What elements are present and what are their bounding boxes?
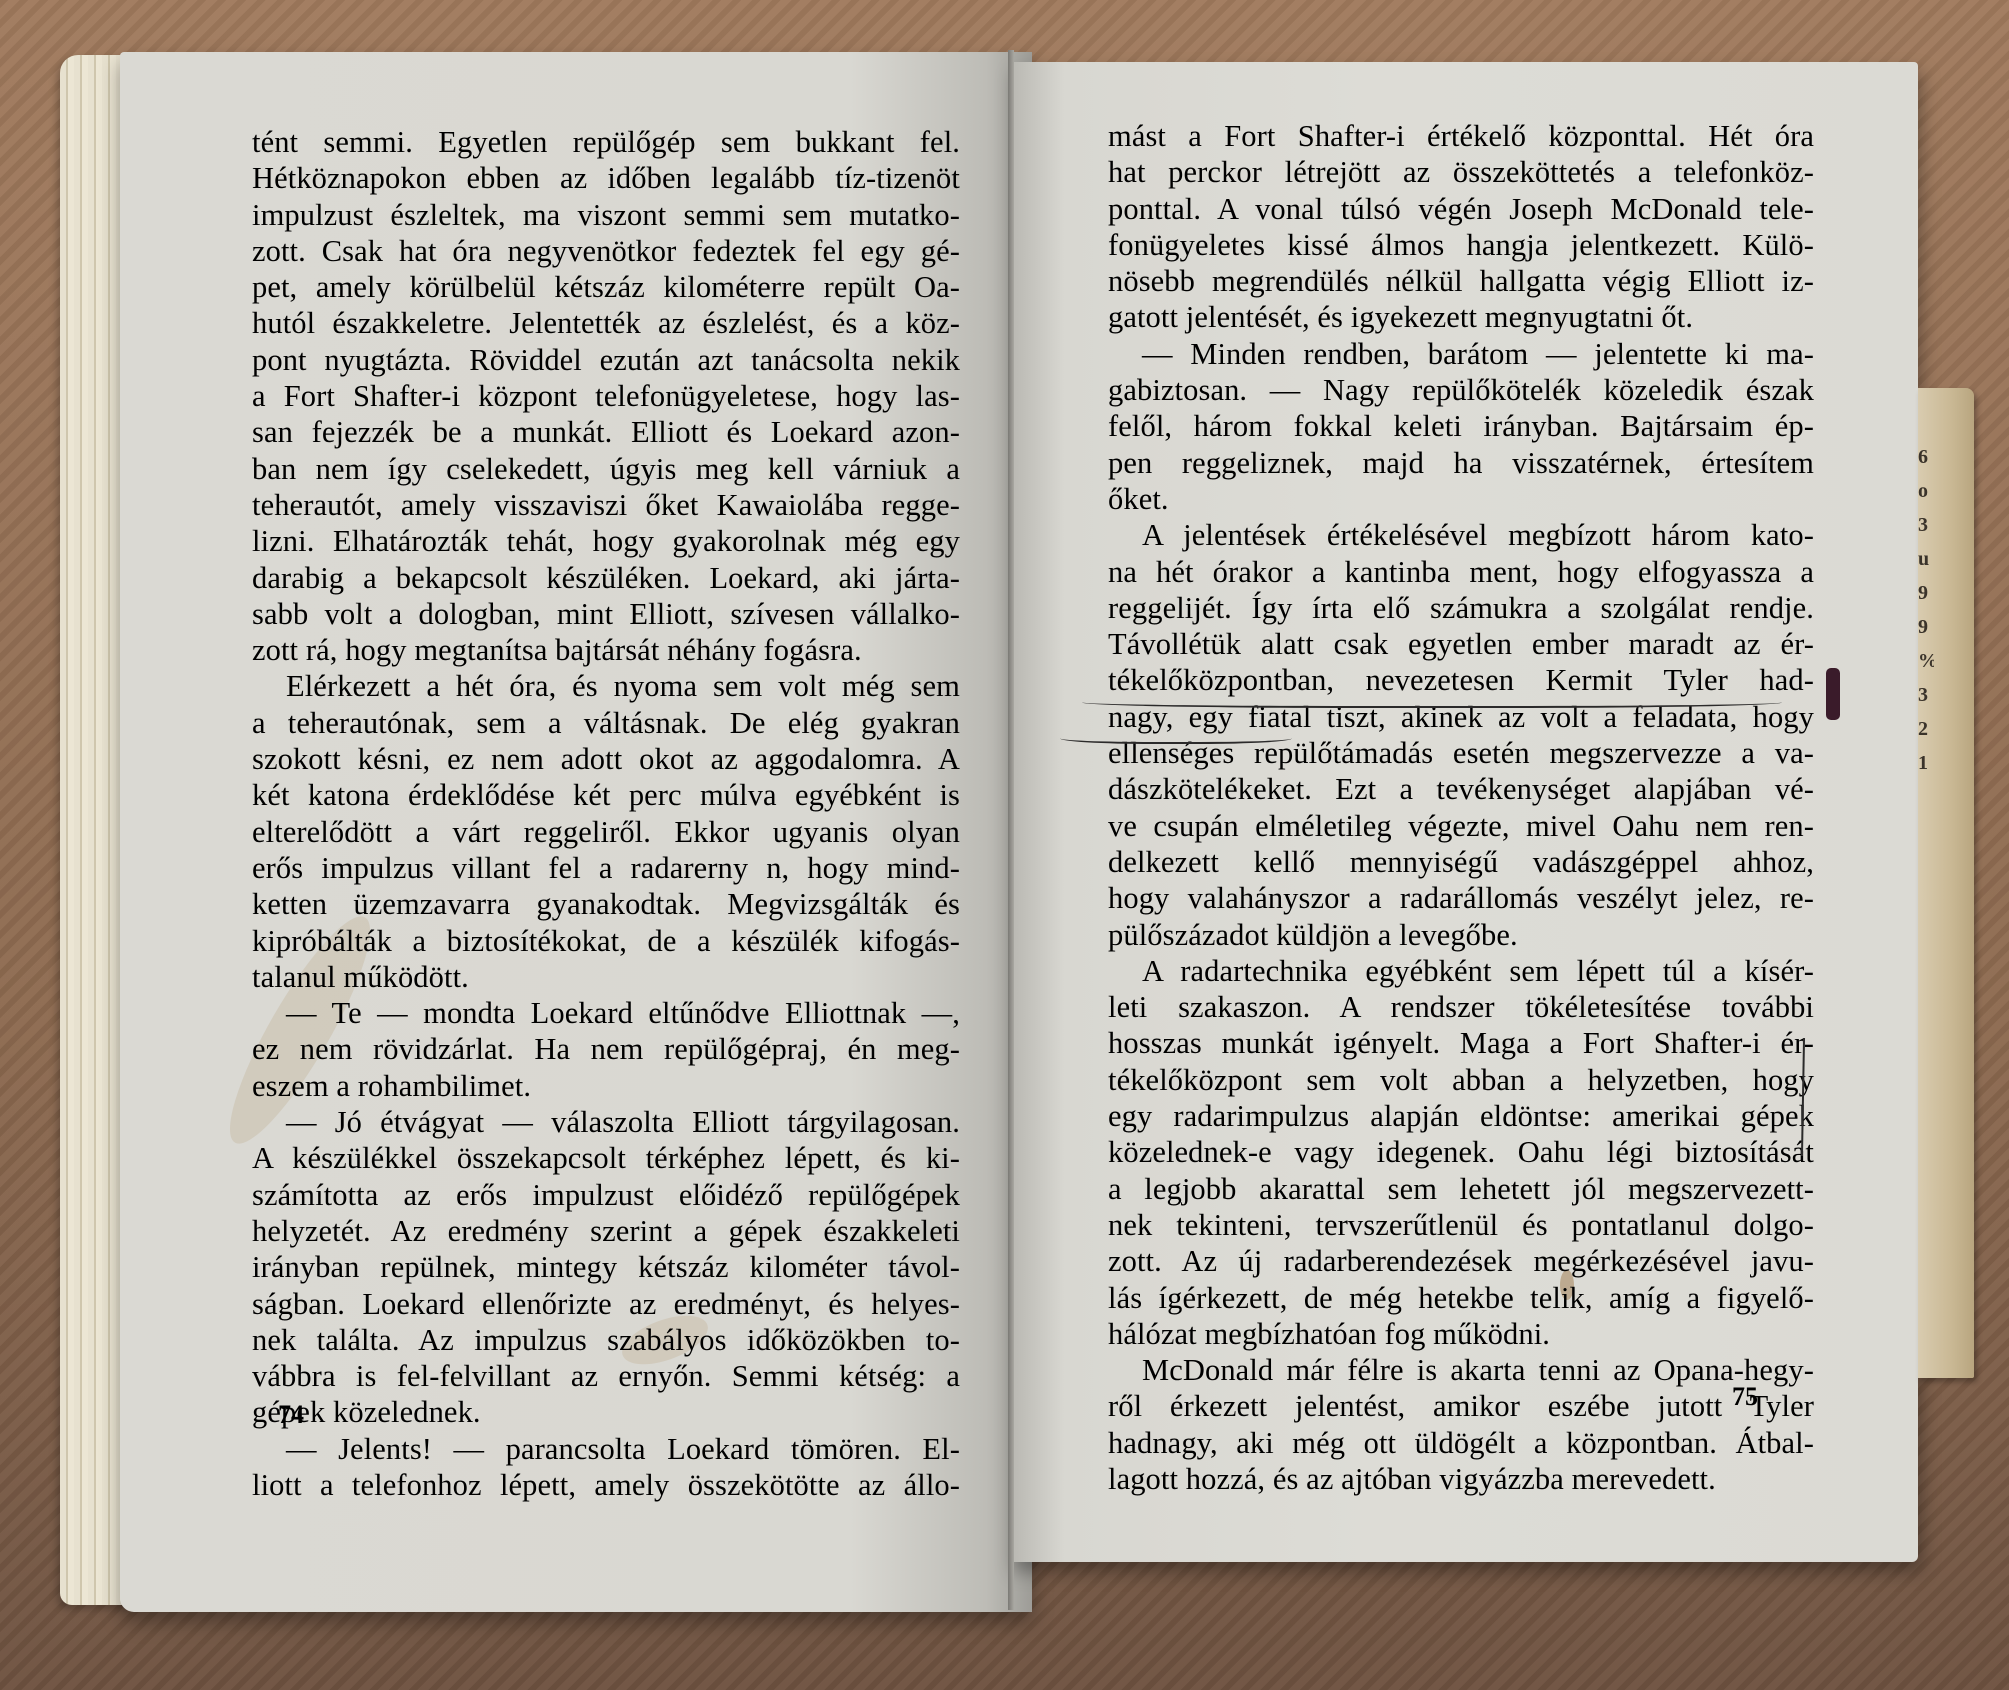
text-line: gépek közelednek. [252,1394,960,1430]
text-line: — Te — mondta Loekard eltűnődve Elliottn… [252,995,960,1031]
text-line: dászkötelékeket. Ezt a tevékenységet ala… [1108,771,1814,807]
text-line: nek tekinteni, tervszerűtlenül és pontat… [1108,1207,1814,1243]
text-line: zott rá, hogy megtanítsa bajtársát néhán… [252,632,960,668]
text-line: zott. Csak hat óra negyvenötkor fedeztek… [252,233,960,269]
text-line: Távollétük alatt csak egyetlen ember mar… [1108,626,1814,662]
text-line: pont nyugtázta. Röviddel ezután azt taná… [252,342,960,378]
right-page-text: mást a Fort Shafter-i értékelő központta… [1108,118,1814,1497]
text-line: gabiztosan. — Nagy repülőkötelék közeled… [1108,372,1814,408]
text-line: pülőszázadot küldjön a levegőbe. [1108,917,1814,953]
insert-letter: 1 [1918,746,1934,780]
text-line: közelednek-e vagy idegenek. Oahu légi bi… [1108,1134,1814,1170]
underline-annotation [1060,730,1292,744]
text-line: lás ígérkezett, de még hetekbe telik, am… [1108,1280,1814,1316]
underline-annotation [1082,694,1782,708]
text-line: számította az erős impulzust előidéző re… [252,1177,960,1213]
text-line: reggelijét. Így írta elő számukra a szol… [1108,590,1814,626]
text-line: A jelentések értékelésével megbízott hár… [1108,517,1814,553]
text-line: a teherautónak, sem a váltásnak. De elég… [252,705,960,741]
text-line: eszem a rohambilimet. [252,1068,960,1104]
insert-letter: 9 [1918,610,1934,644]
text-line: elterelődött a várt reggeliről. Ekkor ug… [252,814,960,850]
text-line: szokott késni, ez nem adott okot az aggo… [252,741,960,777]
text-line: — Jelents! — parancsolta Loekard tömören… [252,1431,960,1467]
text-line: sabb volt a dologban, mint Elliott, szív… [252,596,960,632]
text-line: egy radarimpulzus alapján eldöntse: amer… [1108,1098,1814,1134]
text-line: ban nem így cselekedett, úgyis meg kell … [252,451,960,487]
insert-letter: 9 [1918,576,1934,610]
text-line: impulzust észleltek, ma viszont semmi se… [252,197,960,233]
text-line: pet, amely körülbelül kétszáz kilométerr… [252,269,960,305]
left-page-text: tént semmi. Egyetlen repülőgép sem bukka… [252,124,960,1503]
insert-letter: o [1918,474,1934,508]
insert-letter: u [1918,542,1934,576]
text-line: ponttal. A vonal túlsó végén Joseph McDo… [1108,191,1814,227]
text-line: talanul működött. [252,959,960,995]
text-line: Hétköznapokon ebben az időben legalább t… [252,160,960,196]
text-line: lagott hozzá, és az ajtóban vigyázzba me… [1108,1461,1814,1497]
text-line: vábbra is fel-felvillant az ernyőn. Semm… [252,1358,960,1394]
insert-strip-text: 6o3u99%321 [1918,440,1934,780]
page-number-left: 74 [278,1400,304,1430]
text-line: A radartechnika egyébként sem lépett túl… [1108,953,1814,989]
text-line: hogy valahányszor a radarállomás veszély… [1108,880,1814,916]
text-line: kipróbálták a biztosítékokat, de a készü… [252,923,960,959]
text-line: tént semmi. Egyetlen repülőgép sem bukka… [252,124,960,160]
text-line: őket. [1108,481,1814,517]
text-line: a Fort Shafter-i központ telefonügyelete… [252,378,960,414]
text-line: hosszas munkát igényelt. Maga a Fort Sha… [1108,1025,1814,1061]
text-line: Elérkezett a hét óra, és nyoma sem volt … [252,668,960,704]
text-line: két katona érdeklődése két perc múlva eg… [252,777,960,813]
text-line: delkezett kellő mennyiségű vadászgéppel … [1108,844,1814,880]
text-line: pen reggeliznek, majd ha visszatérnek, é… [1108,445,1814,481]
text-line: nek találta. Az impulzus szabályos időkö… [252,1322,960,1358]
text-line: gatott jelentését, és igyekezett megnyug… [1108,299,1814,335]
text-line: san fejezzék be a munkát. Elliott és Loe… [252,414,960,450]
text-line: na hét órakor a kantinba ment, hogy elfo… [1108,554,1814,590]
text-line: A készülékkel összekapcsolt térképhez lé… [252,1140,960,1176]
text-line: nösebb megrendülés nélkül hallgatta végi… [1108,263,1814,299]
text-line: zott. Az új radarberendezések megérkezés… [1108,1243,1814,1279]
text-line: liott a telefonhoz lépett, amely összekö… [252,1467,960,1503]
text-line: — Jó étvágyat — válaszolta Elliott tárgy… [252,1104,960,1140]
text-line: mást a Fort Shafter-i értékelő központta… [1108,118,1814,154]
text-line: hat perckor létrejött az összeköttetés a… [1108,154,1814,190]
text-line: McDonald már félre is akarta tenni az Op… [1108,1352,1814,1388]
text-line: ketten üzemzavarra gyanakodtak. Megvizsg… [252,886,960,922]
text-line: ez nem rövidzárlat. Ha nem repülőgépraj,… [252,1031,960,1067]
text-line: darabig a bekapcsolt készüléken. Loekard… [252,560,960,596]
text-line: hutól északkeletre. Jelentették az észle… [252,305,960,341]
text-line: irányban repülnek, mintegy kétszáz kilom… [252,1249,960,1285]
text-line: fonügyeletes kissé álmos hangja jelentke… [1108,227,1814,263]
insert-letter: 3 [1918,678,1934,712]
insert-letter: 3 [1918,508,1934,542]
text-line: felől, három fokkal keleti irányban. Baj… [1108,408,1814,444]
text-line: ve csupán elméletileg végezte, mivel Oah… [1108,808,1814,844]
text-line: erős impulzus villant fel a radarerny n,… [252,850,960,886]
insert-letter: 6 [1918,440,1934,474]
text-line: helyzetét. Az eredmény szerint a gépek é… [252,1213,960,1249]
text-line: — Minden rendben, barátom — jelentette k… [1108,336,1814,372]
text-line: tékelőközpont sem volt abban a helyzetbe… [1108,1062,1814,1098]
ink-margin-mark [1826,668,1840,720]
page-number-right: 75 [1732,1382,1758,1412]
book-gutter [1008,50,1014,1610]
text-line: a legjobb akarattal sem lehetett jól meg… [1108,1171,1814,1207]
text-line: leti szakaszon. A rendszer tökéletesítés… [1108,989,1814,1025]
text-line: ről érkezett jelentést, amikor eszébe ju… [1108,1388,1814,1424]
insert-letter: % [1918,644,1934,678]
insert-letter: 2 [1918,712,1934,746]
text-line: hadnagy, aki még ott üldögélt a központb… [1108,1425,1814,1461]
text-line: hálózat megbízhatóan fog működni. [1108,1316,1814,1352]
text-line: lizni. Elhatározták tehát, hogy gyakorol… [252,523,960,559]
text-line: ságban. Loekard ellenőrizte az eredményt… [252,1286,960,1322]
text-line: teherautót, amely visszaviszi őket Kawai… [252,487,960,523]
